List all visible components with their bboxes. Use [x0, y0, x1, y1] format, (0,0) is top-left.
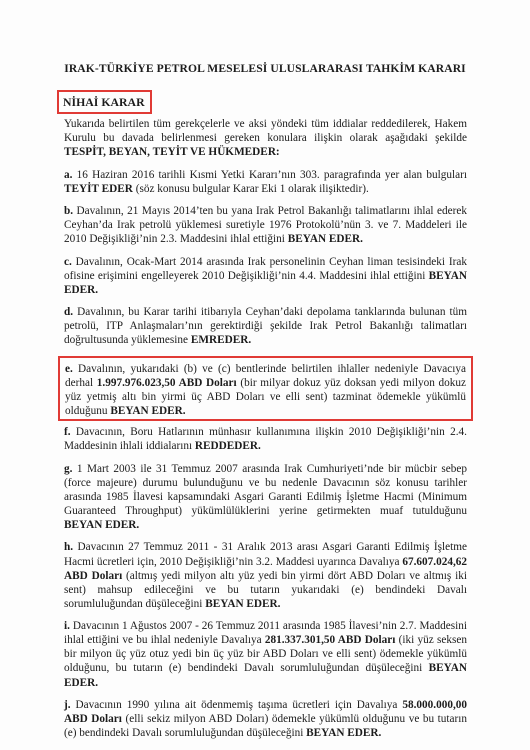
item-bold-text: 281.337.301,50 ABD Doları	[265, 634, 396, 646]
item-bold-text: TEYİT EDER	[64, 183, 133, 195]
ruling-item: j. Davacının 1990 yılına ait ödenmemiş t…	[64, 698, 467, 740]
item-text: Davalının, Ocak-Mart 2014 arasında Irak …	[64, 256, 467, 282]
item-bold-text: EMREDER.	[191, 334, 251, 346]
item-text: (elli sekiz milyon ABD Doları) ödemekle …	[64, 713, 467, 739]
ruling-item: h. Davacının 27 Temmuz 2011 - 31 Aralık …	[64, 540, 467, 610]
item-text: Davalının, 21 Mayıs 2014’ten bu yana Ira…	[64, 205, 467, 245]
item-text: Davacının 1990 yılına ait ödenmemiş taşı…	[71, 699, 403, 711]
document-body: NİHAİ KARAR Yukarıda belirtilen tüm gere…	[64, 90, 467, 749]
item-text: Davacının, Boru Hatlarının münhasır kull…	[64, 426, 467, 452]
intro-paragraph: Yukarıda belirtilen tüm gerekçelerle ve …	[64, 117, 467, 159]
intro-text: Yukarıda belirtilen tüm gerekçelerle ve …	[64, 118, 467, 144]
item-text: 16 Haziran 2016 tarihli Kısmi Yetki Kara…	[72, 169, 467, 181]
ruling-item: c. Davalının, Ocak-Mart 2014 arasında Ir…	[64, 255, 467, 297]
ruling-list: a. 16 Haziran 2016 tarihli Kısmi Yetki K…	[64, 168, 467, 741]
ruling-item: i. Davacının 1 Ağustos 2007 - 26 Temmuz …	[64, 619, 467, 689]
item-text: 1 Mart 2003 ile 31 Temmuz 2007 arasında …	[64, 463, 467, 517]
ruling-item: g. 1 Mart 2003 ile 31 Temmuz 2007 arasın…	[64, 462, 467, 532]
item-bold-text: BEYAN EDER.	[205, 598, 280, 610]
ruling-item: e. Davalının, yukarıdaki (b) ve (c) bent…	[65, 362, 466, 418]
section-heading: NİHAİ KARAR	[57, 90, 152, 114]
ruling-item: b. Davalının, 21 Mayıs 2014’ten bu yana …	[64, 204, 467, 246]
document-title: IRAK-TÜRKİYE PETROL MESELESİ ULUSLARARAS…	[0, 62, 530, 75]
item-letter: d.	[64, 306, 73, 318]
item-bold-text: BEYAN EDER.	[110, 405, 185, 417]
item-letter: b.	[64, 205, 73, 217]
intro-bold: TESPİT, BEYAN, TEYİT VE HÜKMEDER:	[64, 146, 280, 158]
item-bold-text: REDDEDER.	[195, 440, 261, 452]
item-text: Davalının, bu Karar tarihi itibarıyla Ce…	[64, 306, 467, 346]
item-letter: e.	[65, 363, 73, 375]
item-bold-text: 1.997.976.023,50 ABD Doları	[97, 377, 237, 389]
item-bold-text: BEYAN EDER.	[288, 233, 363, 245]
item-letter: h.	[64, 541, 73, 553]
ruling-item: a. 16 Haziran 2016 tarihli Kısmi Yetki K…	[64, 168, 467, 196]
item-text: (söz konusu bulgular Karar Eki 1 olarak …	[133, 183, 369, 195]
item-bold-text: BEYAN EDER.	[306, 727, 381, 739]
item-bold-text: BEYAN EDER.	[64, 519, 139, 531]
highlighted-item-box: e. Davalının, yukarıdaki (b) ve (c) bent…	[58, 356, 473, 421]
ruling-item: f. Davacının, Boru Hatlarının münhasır k…	[64, 425, 467, 453]
item-letter: c.	[64, 256, 72, 268]
document-page: IRAK-TÜRKİYE PETROL MESELESİ ULUSLARARAS…	[0, 0, 530, 750]
ruling-item: d. Davalının, bu Karar tarihi itibarıyla…	[64, 305, 467, 347]
